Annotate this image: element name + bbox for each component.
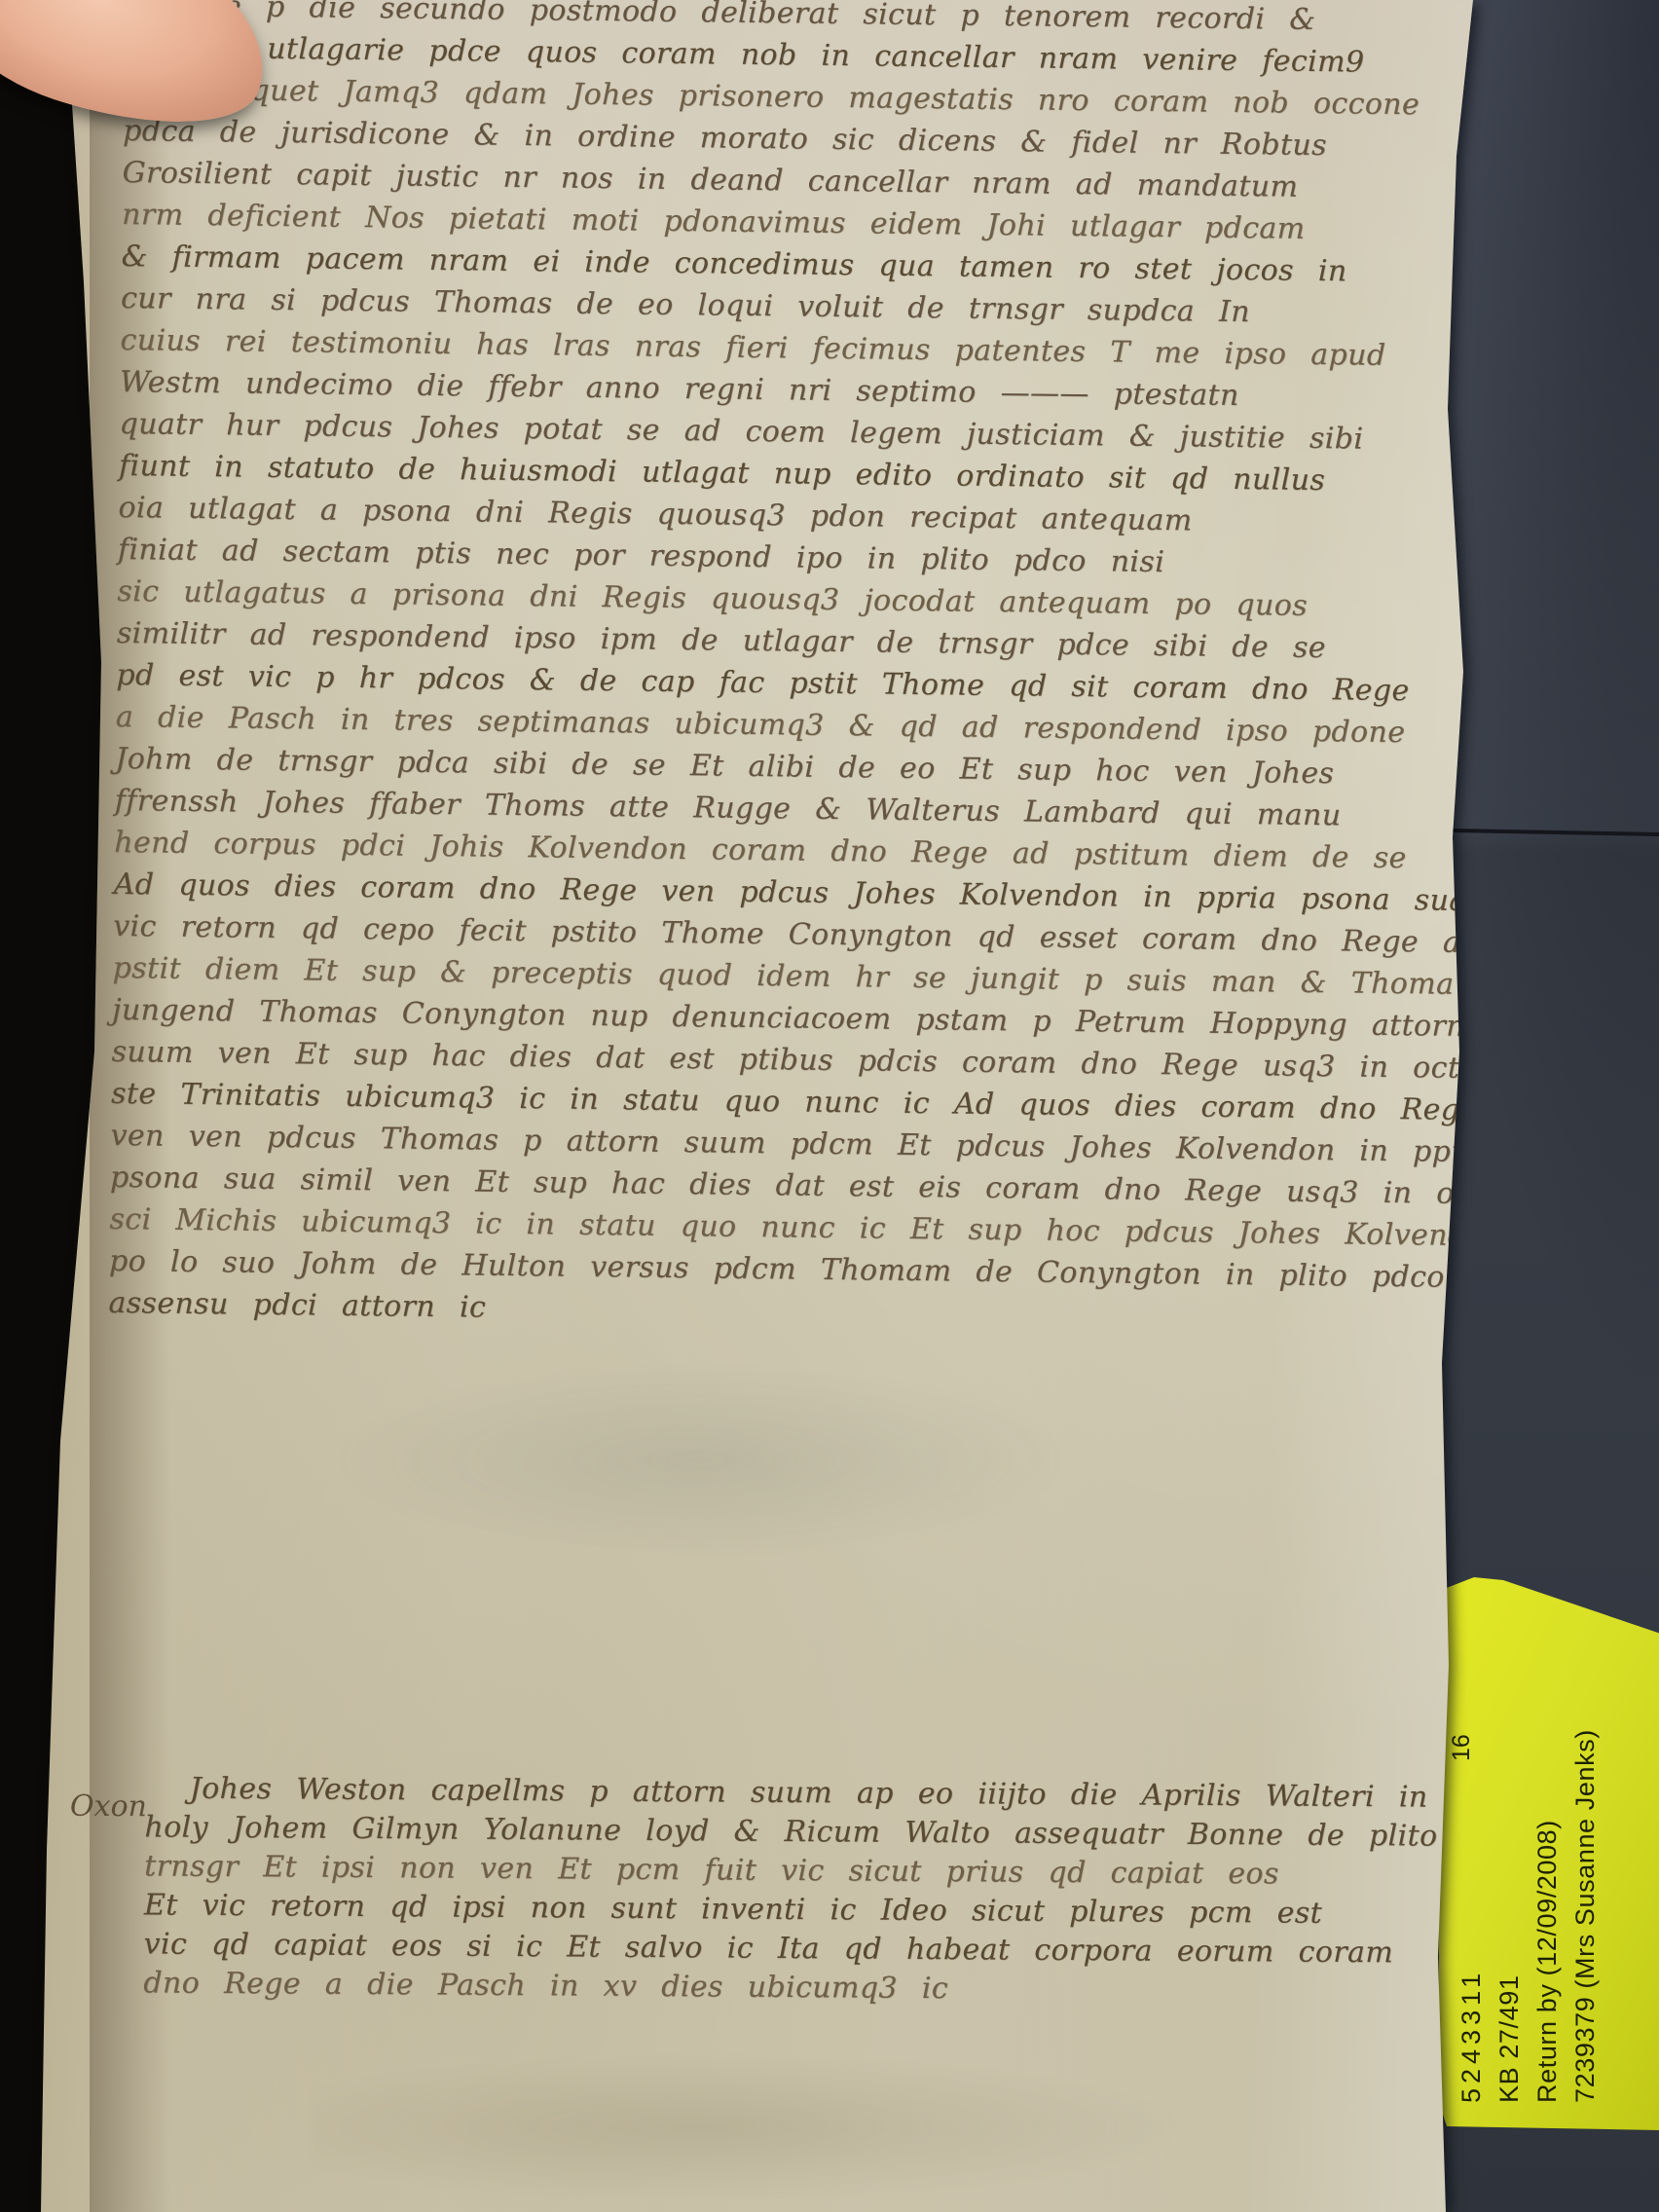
parchment-wrap: ccoidne p die secundo postmodo deliberat…: [0, 0, 1659, 2212]
ink-showthrough-stain: [331, 1363, 1071, 1558]
photo-canvas: 16 5243311KB 27/491Return by (12/09/2008…: [0, 0, 1659, 2212]
parchment-page: ccoidne p die secundo postmodo deliberat…: [0, 0, 1659, 2212]
bottom-stain: [312, 2054, 1188, 2200]
manuscript-text-block-1: ccoidne p die secundo postmodo deliberat…: [108, 0, 1434, 1340]
manuscript-text-block-2: Johes Weston capellms p attorn suum ap e…: [143, 1769, 1435, 2011]
county-marginal-note: Oxon: [70, 1789, 147, 1825]
